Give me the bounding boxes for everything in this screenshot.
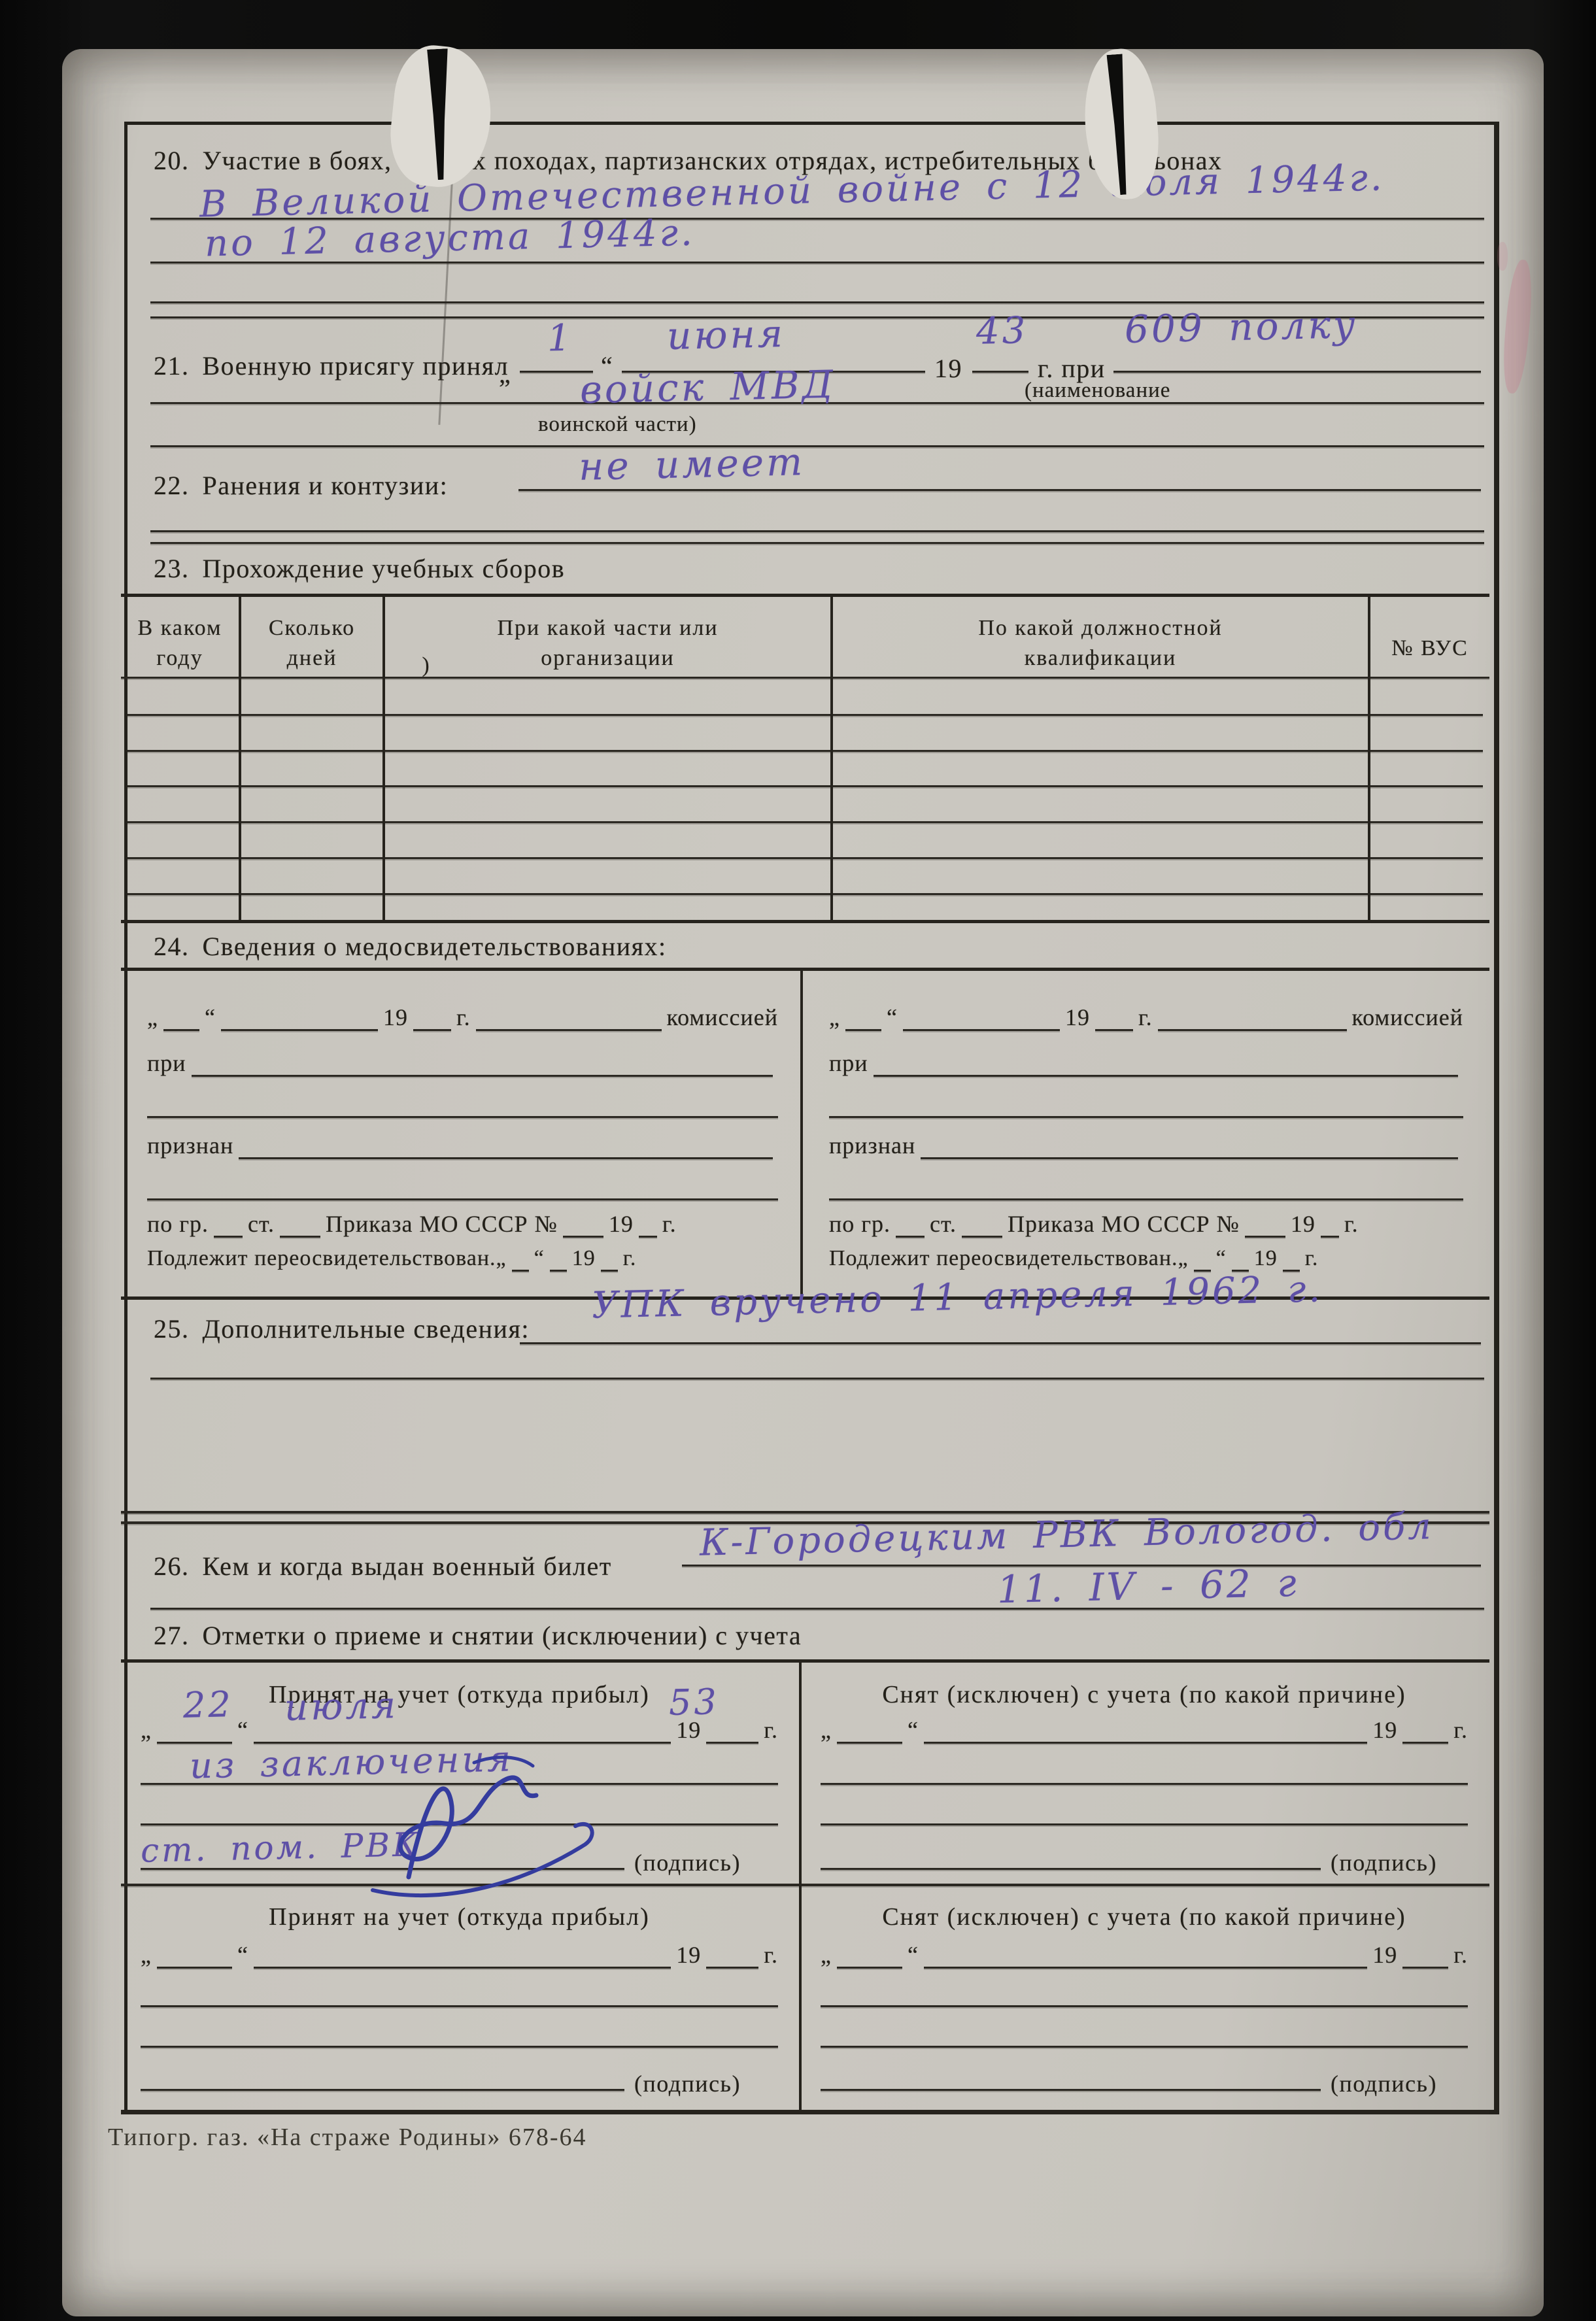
blank-line [214,1227,243,1238]
blank-line [221,1020,378,1031]
year-prefix: 19 [383,1006,408,1031]
table-col-unit-header: При какой части илиорганизации [385,613,830,673]
removed-date-row: „“19г. [821,1712,1468,1744]
blank-line [962,1227,1002,1238]
ruled-line [150,1608,1484,1610]
ruled-line [821,1868,1321,1870]
blank-line [924,1957,1367,1969]
section-23-heading: 23.Прохождение учебных сборов [154,554,565,584]
quote-close: “ [1216,1247,1227,1272]
header-text: квалификации [1025,646,1177,670]
removed-header: Снят (исключен) с учета (по какой причин… [821,1901,1468,1934]
medical-block: „“19г.комиссией при признан по гр.ст.При… [121,968,1489,1300]
signature [311,1740,611,1903]
ruled-line [518,489,1481,491]
commission-label: комиссией [667,1006,779,1031]
po-gr-label: по гр. [147,1212,209,1238]
order-label: Приказа МО СССР № [1008,1212,1240,1238]
header-text: Сколько [269,616,355,640]
blank-line [413,1020,451,1031]
header-text: организации [541,646,675,670]
ruled-line [821,2046,1468,2048]
blank-line [550,1261,567,1272]
section-22-label: Ранения и контузии: [203,471,449,500]
section-21-number: 21. [154,351,190,381]
blank-line [476,1020,662,1031]
blank-line [706,1733,758,1744]
priznan-label: признан [147,1134,233,1159]
handwriting-oath-unit-2: войск МВД [579,365,836,409]
header-text: дней [287,646,337,670]
table-header-rule [121,677,1489,679]
ruled-line [150,530,1484,532]
order-label: Приказа МО СССР № [326,1212,558,1238]
section-27-heading: 27.Отметки о приеме и снятии (исключении… [154,1621,802,1651]
handwriting-wounds: не имеет [578,443,805,486]
ruled-line [821,1783,1468,1785]
med-reexam-row: Подлежит переосвидетельствован.„“19г. [147,1240,778,1272]
section-24-number: 24. [154,932,190,961]
ruled-line [520,1342,1481,1344]
section-27-number: 27. [154,1621,190,1650]
year-suffix: г. [1138,1006,1153,1031]
blank-line [157,1957,232,1969]
pri-label: при [147,1051,186,1077]
med-order-row: по гр.ст.Приказа МО СССР №19г. [829,1206,1463,1238]
signature-caption: (подпись) [634,2071,741,2097]
ruled-line [821,2005,1468,2007]
scan-background: 20.Участие в боях, боевых походах, парти… [0,0,1596,2321]
table-col-days-header: Сколькодней [241,613,382,673]
section-27-label: Отметки о приеме и снятии (исключении) с… [203,1621,802,1650]
quote-close: “ [908,1943,919,1969]
table-row-line [127,750,1483,752]
medical-block-divider [800,971,803,1296]
year-prefix: 19 [1065,1006,1090,1031]
quote-close: “ [908,1718,919,1744]
handwriting-oath-year: 43 [976,313,1028,350]
blank-line [192,1066,773,1077]
section-26-number: 26. [154,1551,190,1581]
year-suffix: г. [764,1943,778,1969]
document-page: 20.Участие в боях, боевых походах, парти… [62,49,1544,2316]
quote-open: „ [821,1718,832,1744]
year-suffix: г. [1344,1212,1359,1238]
handwriting-oath-unit: 609 полку [1124,305,1358,348]
stray-print-mark: ) [416,651,436,681]
table-row-line [127,857,1483,859]
ruled-line [150,445,1484,447]
handwriting-accept-year: 53 [668,1684,719,1721]
year-suffix: г. [662,1212,677,1238]
ruled-line [147,1116,778,1118]
ruled-line [147,1198,778,1200]
hint-unit-name-top: (наименование [1025,379,1170,403]
med-priznan-row: признан [147,1127,778,1159]
reexam-label: Подлежит переосвидетельствован. [147,1247,496,1272]
ruled-line [150,1378,1484,1380]
quote-close: “ [534,1247,545,1272]
quote-open: „ [829,1006,840,1031]
table-col-qualification-header: По какой должностнойквалификации [833,613,1368,673]
quote-close: “ [887,1006,898,1031]
handwriting-oath-day: 1 [547,320,573,358]
blank-line [896,1227,925,1238]
handwriting-accept-month: июля [284,1687,398,1727]
hint-unit-name-bottom: воинской части) [538,413,697,437]
ruled-line [829,1198,1463,1200]
blank-line [837,1957,902,1969]
pri-label: при [829,1051,868,1077]
med-priznan-row: признан [829,1127,1463,1159]
quote-open: „ [496,1247,507,1272]
blank-line [1402,1733,1448,1744]
year-suffix: г. [456,1006,471,1031]
year-prefix: 19 [934,354,962,384]
year-prefix: 19 [1291,1212,1316,1238]
section-24-label: Сведения о медосвидетельствованиях: [203,932,667,961]
ruled-line [821,1823,1468,1825]
signature-caption: (подпись) [1331,2071,1437,2097]
ruled-line [141,2089,624,2091]
pink-smudge [1500,259,1535,394]
year-prefix: 19 [1372,1718,1397,1744]
blank-line [512,1261,529,1272]
section-21-label: Военную присягу принял [203,351,509,381]
ruled-line [972,371,1028,373]
table-divider [382,597,385,920]
blank-line [639,1227,657,1238]
med-pri-row: при [147,1044,778,1077]
quote-open: „ [141,1943,152,1969]
section-25-label: Дополнительные сведения: [203,1314,530,1344]
year-suffix: г. [764,1718,778,1744]
accepted-header: Принят на учет (откуда прибыл) [141,1901,778,1934]
section-20-number: 20. [154,146,190,175]
quote-open: „ [1178,1247,1189,1272]
year-prefix: 19 [676,1943,701,1969]
blank-line [837,1733,902,1744]
table-divider [830,597,833,920]
registration-table: Принят на учет (откуда прибыл) „“19г. 22… [121,1659,1489,2114]
blank-line [706,1957,758,1969]
table-row-line [127,785,1483,787]
pink-smudge [1497,242,1508,271]
handwriting-war-participation-2: по 12 августа 1944г. [204,215,695,263]
ruled-line [829,1116,1463,1118]
training-table: В какомгоду Сколькодней При какой части … [121,594,1489,923]
commission-label: комиссией [1352,1006,1464,1031]
table-row-line [127,714,1483,716]
year-prefix: 19 [1254,1247,1278,1272]
blank-line [254,1957,671,1969]
blank-line [1245,1227,1285,1238]
blank-line [1402,1957,1448,1969]
reexam-label: Подлежит переосвидетельствован. [829,1247,1178,1272]
table-col-year-header: В какомгоду [121,613,239,673]
table-col-vus-header: № ВУС [1370,634,1489,664]
header-text: году [156,646,203,670]
section-24-heading: 24.Сведения о медосвидетельствованиях: [154,932,667,962]
removed-header: Снят (исключен) с учета (по какой причин… [821,1678,1468,1712]
section-22-number: 22. [154,471,190,500]
table-row-line [127,893,1483,895]
med-order-row: по гр.ст.Приказа МО СССР №19г. [147,1206,778,1238]
year-suffix: г. [1453,1718,1468,1744]
table-divider [1368,597,1370,920]
st-label: ст. [248,1212,275,1238]
registration-table-divider [799,1663,802,2110]
quote-open: „ [499,359,511,389]
quote-close: “ [237,1943,248,1969]
blank-line [924,1733,1367,1744]
removed-date-row: „“19г. [821,1937,1468,1969]
section-26-heading: 26.Кем и когда выдан военный билет [154,1551,612,1582]
quote-open: „ [821,1943,832,1969]
table-row-line [127,821,1483,823]
handwriting-ticket-date: 11. IV - 62 г [996,1564,1299,1608]
quote-close: “ [237,1718,248,1744]
section-23-number: 23. [154,554,190,583]
section-26-label: Кем и когда выдан военный билет [203,1551,612,1581]
blank-line [845,1020,881,1031]
st-label: ст. [930,1212,957,1238]
section-25-number: 25. [154,1314,190,1344]
ruled-line [141,2046,778,2048]
blank-line [157,1733,232,1744]
blank-line [239,1148,773,1159]
section-23-label: Прохождение учебных сборов [203,554,566,583]
po-gr-label: по гр. [829,1212,891,1238]
med-date-row: „“19г.комиссией [829,998,1463,1031]
section-25-heading: 25.Дополнительные сведения: [154,1314,530,1344]
blank-line [874,1066,1458,1077]
blank-line [1095,1020,1133,1031]
handwriting-accept-day: 22 [182,1687,233,1723]
table-divider [239,597,241,920]
med-date-row: „“19г.комиссией [147,998,778,1031]
year-prefix: 19 [609,1212,634,1238]
quote-open: „ [147,1006,158,1031]
blank-line [1158,1020,1347,1031]
section-22-heading: 22.Ранения и контузии: [154,471,448,501]
section-21-heading: 21.Военную присягу принял [154,351,509,381]
handwriting-oath-month: июня [666,314,785,355]
ruled-line [1113,371,1481,373]
year-prefix: 19 [1372,1943,1397,1969]
quote-close: “ [205,1006,216,1031]
signature-caption: (подпись) [1331,1850,1437,1876]
year-suffix: г. [623,1247,637,1272]
priznan-label: признан [829,1134,915,1159]
blank-line [921,1148,1458,1159]
accepted-date-row: „“19г. [141,1937,778,1969]
blank-line [903,1020,1060,1031]
med-pri-row: при [829,1044,1463,1077]
quote-open: „ [141,1718,152,1744]
header-text: По какой должностной [978,616,1222,640]
blank-line [280,1227,320,1238]
year-suffix: г. [1453,1943,1468,1969]
year-prefix: 19 [572,1247,596,1272]
med-reexam-row: Подлежит переосвидетельствован.„“19г. [829,1240,1463,1272]
signature-caption: (подпись) [634,1850,741,1876]
blank-line [563,1227,603,1238]
ruled-line [150,542,1484,544]
header-text: При какой части или [497,616,718,640]
print-shop-imprint: Типогр. газ. «На страже Родины» 678-64 [108,2123,587,2152]
ruled-line [141,2005,778,2007]
header-text: В каком [138,616,222,640]
blank-line [1321,1227,1339,1238]
blank-line [163,1020,199,1031]
ruled-line [821,2089,1321,2091]
blank-line [601,1261,618,1272]
